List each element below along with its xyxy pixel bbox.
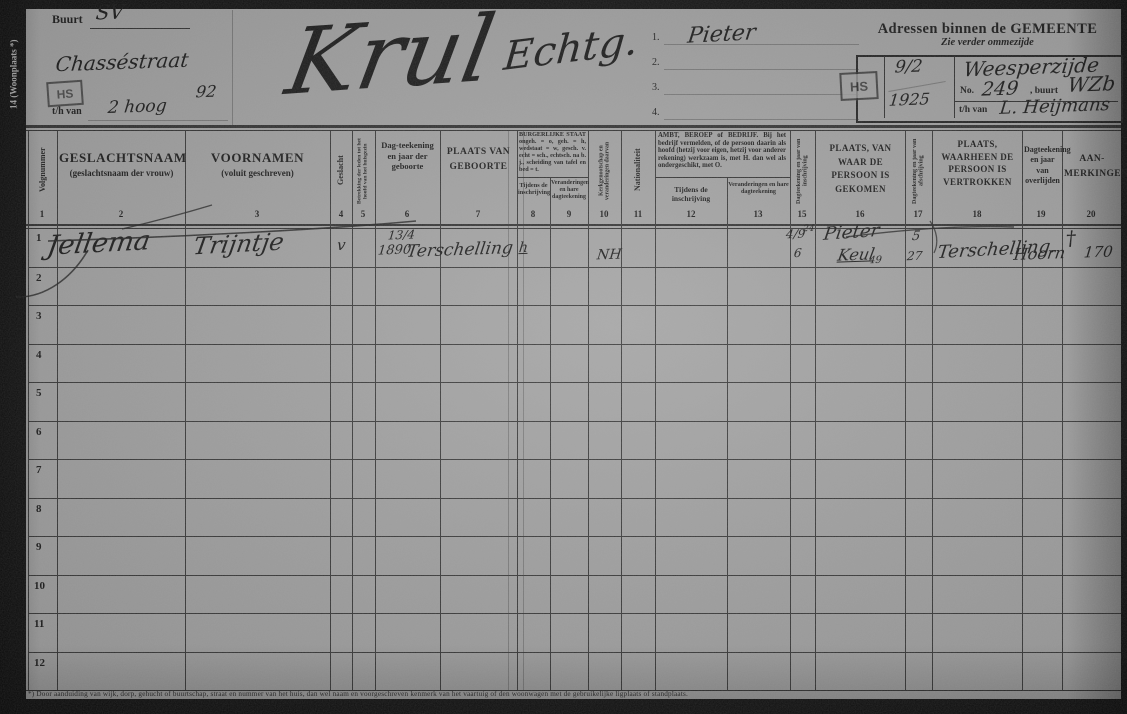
- entry-inschrijving-2: 6: [793, 246, 802, 260]
- col16-num: 16: [850, 209, 870, 219]
- col-line: [28, 131, 29, 690]
- col9-header: Veranderingen en hare dagteekening: [551, 180, 587, 201]
- col17-header: Dagteekening en jaar van afschrijving: [906, 133, 931, 209]
- entry-geboortedatum-1: 13/4: [387, 228, 416, 243]
- adressen-title: Adressen binnen de GEMEENTE: [860, 21, 1115, 38]
- col11-header: Nationaliteit: [622, 134, 654, 206]
- buurt-underline: [90, 28, 190, 29]
- row-line: [28, 459, 1121, 460]
- col13-num: 13: [748, 209, 768, 219]
- col19-header: Dagteekening en jaar van overlijden: [1024, 145, 1061, 187]
- entry-afschrijving-2: 27: [906, 249, 923, 264]
- scanned-gezinskaart: 14 (Woonplaats *) Buurt SV Chasséstraat …: [0, 0, 1127, 714]
- col7-num: 7: [468, 209, 488, 219]
- col15-num: 15: [792, 209, 812, 219]
- col5-num: 5: [353, 209, 373, 219]
- col-line: [1022, 131, 1023, 690]
- entry-gekomen-van-2b: 49: [868, 255, 882, 266]
- col13-header: Veranderingen en hare dagteekening: [728, 181, 789, 195]
- head-list-num-4: 4.: [652, 107, 660, 118]
- col8-num: 8: [523, 209, 543, 219]
- col3-subheader: (voluit geschreven): [187, 168, 328, 178]
- col3-header: VOORNAMEN: [187, 150, 328, 166]
- col20-header: AAN- MERKINGEN: [1064, 152, 1120, 182]
- th-van-underline: [88, 120, 228, 121]
- entry-afschrijving-1: 5: [911, 229, 921, 244]
- row-line: [28, 652, 1121, 653]
- stamp-th-value-handwritten: L. Heijmans: [999, 94, 1111, 119]
- col-line: [375, 131, 376, 690]
- header-bottom-rule: [26, 224, 1121, 226]
- head-list-value-1-handwritten: Pieter: [686, 20, 757, 48]
- footnote: *) Door aanduiding van wijk, dorp, gehuc…: [28, 690, 1088, 698]
- buurt-value-handwritten: SV: [95, 0, 126, 24]
- scan-border-top: [0, 0, 1127, 9]
- row-line: [28, 575, 1121, 576]
- col10-header: Kerkgenootschap en veranderingen daarvan: [589, 133, 620, 209]
- col7-header: PLAATS VAN GEBOORTE: [442, 145, 515, 175]
- col2-subheader: (geslachtsnaam der vrouw): [59, 168, 184, 178]
- address-street-handwritten: Chasséstraat: [54, 48, 189, 77]
- row-number: 8: [36, 503, 42, 515]
- col9-num: 9: [559, 209, 579, 219]
- row-number: 9: [36, 541, 42, 553]
- entry-voornamen: Trijntje: [191, 228, 286, 261]
- hs-stamp-right: HS: [839, 71, 878, 101]
- col15-header: Dagteekening en jaar van inschrijving: [791, 133, 814, 209]
- row-number: 3: [36, 310, 42, 322]
- entry-vertrokken-naar-2: Hoorn: [1013, 243, 1067, 264]
- head-list-line-2: [664, 69, 859, 70]
- row-number: 4: [36, 349, 42, 361]
- row-number: 7: [36, 464, 42, 476]
- row-line: [28, 498, 1121, 499]
- row-line: [28, 267, 1121, 268]
- head-list-num-1: 1.: [652, 32, 660, 43]
- row-number: 5: [36, 387, 42, 399]
- col-line: [57, 131, 58, 690]
- col-line: [621, 131, 622, 690]
- row-line: [28, 305, 1121, 306]
- col-line: [905, 131, 906, 690]
- col-line: [815, 131, 816, 690]
- stamp-th-label: t/h van: [959, 105, 987, 115]
- address-number-handwritten: 92: [195, 82, 217, 102]
- row-line: [28, 613, 1121, 614]
- stamp-date-bottom-handwritten: 1925: [888, 89, 931, 109]
- col-line: [932, 131, 933, 690]
- stamp-date-top-handwritten: 9/2: [894, 57, 924, 78]
- stamp-no-label: No.: [960, 86, 974, 96]
- row-line: [28, 421, 1121, 422]
- col18-num: 18: [967, 209, 987, 219]
- col12-13-group-header: AMBT, BEROEP of BEDRIJF. Bij het bedrijf…: [658, 132, 786, 176]
- entry-geslachtsnaam: Jellema: [45, 225, 153, 261]
- row-number: 1: [36, 232, 42, 244]
- header-bottom-rule-2: [26, 228, 1121, 229]
- address-block-divider: [232, 10, 233, 125]
- col19-num: 19: [1031, 209, 1051, 219]
- entry-geslacht: v: [336, 236, 346, 254]
- table-top-rule: [26, 125, 1121, 128]
- col-line: [655, 131, 656, 690]
- hs-stamp-left: HS: [46, 80, 84, 107]
- scan-fold-line: [508, 131, 509, 691]
- entry-inschrijving-1b: 24: [802, 224, 815, 234]
- head-list-num-3: 3.: [652, 82, 660, 93]
- stamp-buurt-value-handwritten: WZb: [1067, 71, 1117, 97]
- subheader-divider: [655, 177, 790, 178]
- surname-main-handwritten: Krul: [279, 0, 503, 116]
- head-list-line-3: [664, 94, 859, 95]
- col6-header: Dag-teekening en jaar der geboorte: [377, 140, 438, 172]
- col20-num: 20: [1081, 209, 1101, 219]
- row-number: 11: [34, 618, 44, 630]
- address-floor-handwritten: 2 hoog: [107, 96, 168, 118]
- row-line: [28, 344, 1121, 345]
- col3-num: 3: [247, 209, 267, 219]
- col-line: [185, 131, 186, 690]
- stamp-buurt-label: , buurt: [1030, 86, 1058, 96]
- adressen-subtitle: Zie verder ommezijde: [860, 37, 1115, 48]
- col4-header: Geslacht: [331, 134, 351, 206]
- entry-burgerlijke-staat: h: [518, 240, 529, 256]
- row-number: 6: [36, 426, 42, 438]
- entry-gekomen-van-1: Pieter: [822, 220, 881, 245]
- woonplaats-margin-label: 14 (Woonplaats *): [3, 18, 25, 130]
- col-line: [588, 131, 589, 690]
- col5-header: Betrekking der leden tot het hoofd van h…: [353, 133, 374, 209]
- entry-kerkgenootschap: NH: [596, 247, 622, 264]
- entry-overlijden-cross: †: [1065, 226, 1078, 250]
- col-line: [517, 131, 518, 690]
- col-line: [1062, 131, 1063, 690]
- col8-9-group-header: BURGERLIJKE STAAT ongeh. = o, geh. = h, …: [519, 132, 586, 175]
- head-list-line-4: [664, 119, 859, 120]
- col18-header: PLAATS, WAARHEEN DE PERSOON IS VERTROKKE…: [934, 138, 1021, 188]
- row-number: 10: [34, 580, 45, 592]
- col2-num: 2: [111, 209, 131, 219]
- entry-aanmerking: 170: [1083, 243, 1114, 262]
- buurt-label: Buurt: [52, 12, 83, 27]
- col16-header: PLAATS, VAN WAAR DE PERSOON IS GEKOMEN: [817, 142, 904, 196]
- col6-num: 6: [397, 209, 417, 219]
- th-van-label: t/h van: [52, 106, 82, 117]
- row-number: 2: [36, 272, 42, 284]
- stamp-box-divider-1: [884, 56, 885, 118]
- col1-num: 1: [32, 209, 52, 219]
- row-number: 12: [34, 657, 45, 669]
- head-list-num-2: 2.: [652, 57, 660, 68]
- col11-num: 11: [628, 209, 648, 219]
- row-line: [28, 536, 1121, 537]
- col10-num: 10: [594, 209, 614, 219]
- echtg-handwritten: Echtg.: [502, 18, 640, 80]
- stamp-box-divider-2: [954, 56, 955, 118]
- scan-border-bottom: [0, 699, 1127, 714]
- col12-header: Tijdens de inschrijving: [656, 185, 726, 203]
- entry-geboorteplaats: Terschelling: [405, 238, 514, 262]
- col17-num: 17: [908, 209, 928, 219]
- col8-header: Tijdens de inschrijving: [518, 182, 549, 196]
- col-line: [440, 131, 441, 690]
- col4-num: 4: [331, 209, 351, 219]
- col1-header: Volgnummer: [30, 134, 56, 206]
- col2-header: GESLACHTSNAAM: [59, 150, 184, 166]
- subheader-divider: [517, 177, 588, 178]
- col12-num: 12: [681, 209, 701, 219]
- row-line: [28, 382, 1121, 383]
- col-line: [790, 131, 791, 690]
